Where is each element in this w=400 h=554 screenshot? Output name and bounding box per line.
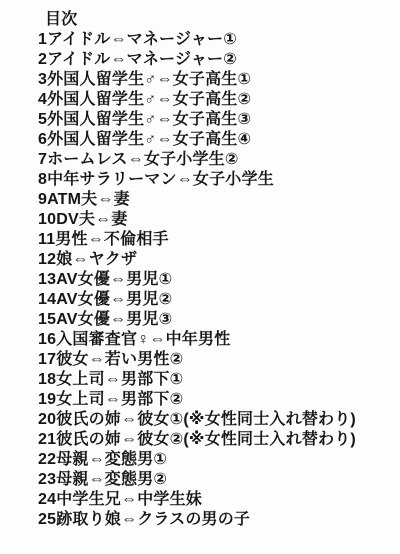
toc-entry: 14AV女優⇔男児②: [38, 290, 396, 310]
toc-entry: 23母親⇔変態男②: [38, 470, 396, 490]
toc-entry: 21彼氏の姉⇔彼女②(※女性同士入れ替わり): [38, 430, 396, 450]
toc-entry: 4外国人留学生♂⇔女子高生②: [38, 90, 396, 110]
toc-entry: 7ホームレス⇔女子小学生②: [38, 150, 396, 170]
toc-entry: 20彼氏の姉⇔彼女①(※女性同士入れ替わり): [38, 410, 396, 430]
toc-list: 1アイドル⇔マネージャー①2アイドル⇔マネージャー②3外国人留学生♂⇔女子高生①…: [38, 30, 396, 530]
toc-entry: 13AV女優⇔男児①: [38, 270, 396, 290]
toc-entry: 15AV女優⇔男児③: [38, 310, 396, 330]
toc-heading: 目次: [38, 10, 396, 30]
toc-entry: 2アイドル⇔マネージャー②: [38, 50, 396, 70]
toc-entry: 24中学生兄⇔中学生妹: [38, 490, 396, 510]
toc-entry: 6外国人留学生♂⇔女子高生④: [38, 130, 396, 150]
toc-entry: 10DV夫⇔妻: [38, 210, 396, 230]
toc-entry: 11男性⇔不倫相手: [38, 230, 396, 250]
toc-entry: 16入国審査官♀⇔中年男性: [38, 330, 396, 350]
toc-page: 目次 1アイドル⇔マネージャー①2アイドル⇔マネージャー②3外国人留学生♂⇔女子…: [0, 0, 400, 554]
toc-entry: 22母親⇔変態男①: [38, 450, 396, 470]
toc-entry: 8中年サラリーマン⇔女子小学生: [38, 170, 396, 190]
toc-entry: 19女上司⇔男部下②: [38, 390, 396, 410]
toc-entry: 9ATM夫⇔妻: [38, 190, 396, 210]
toc-entry: 5外国人留学生♂⇔女子高生③: [38, 110, 396, 130]
toc-entry: 25跡取り娘⇔クラスの男の子: [38, 510, 396, 530]
toc-entry: 1アイドル⇔マネージャー①: [38, 30, 396, 50]
toc-entry: 17彼女⇔若い男性②: [38, 350, 396, 370]
toc-entry: 12娘⇔ヤクザ: [38, 250, 396, 270]
toc-entry: 18女上司⇔男部下①: [38, 370, 396, 390]
toc-entry: 3外国人留学生♂⇔女子高生①: [38, 70, 396, 90]
